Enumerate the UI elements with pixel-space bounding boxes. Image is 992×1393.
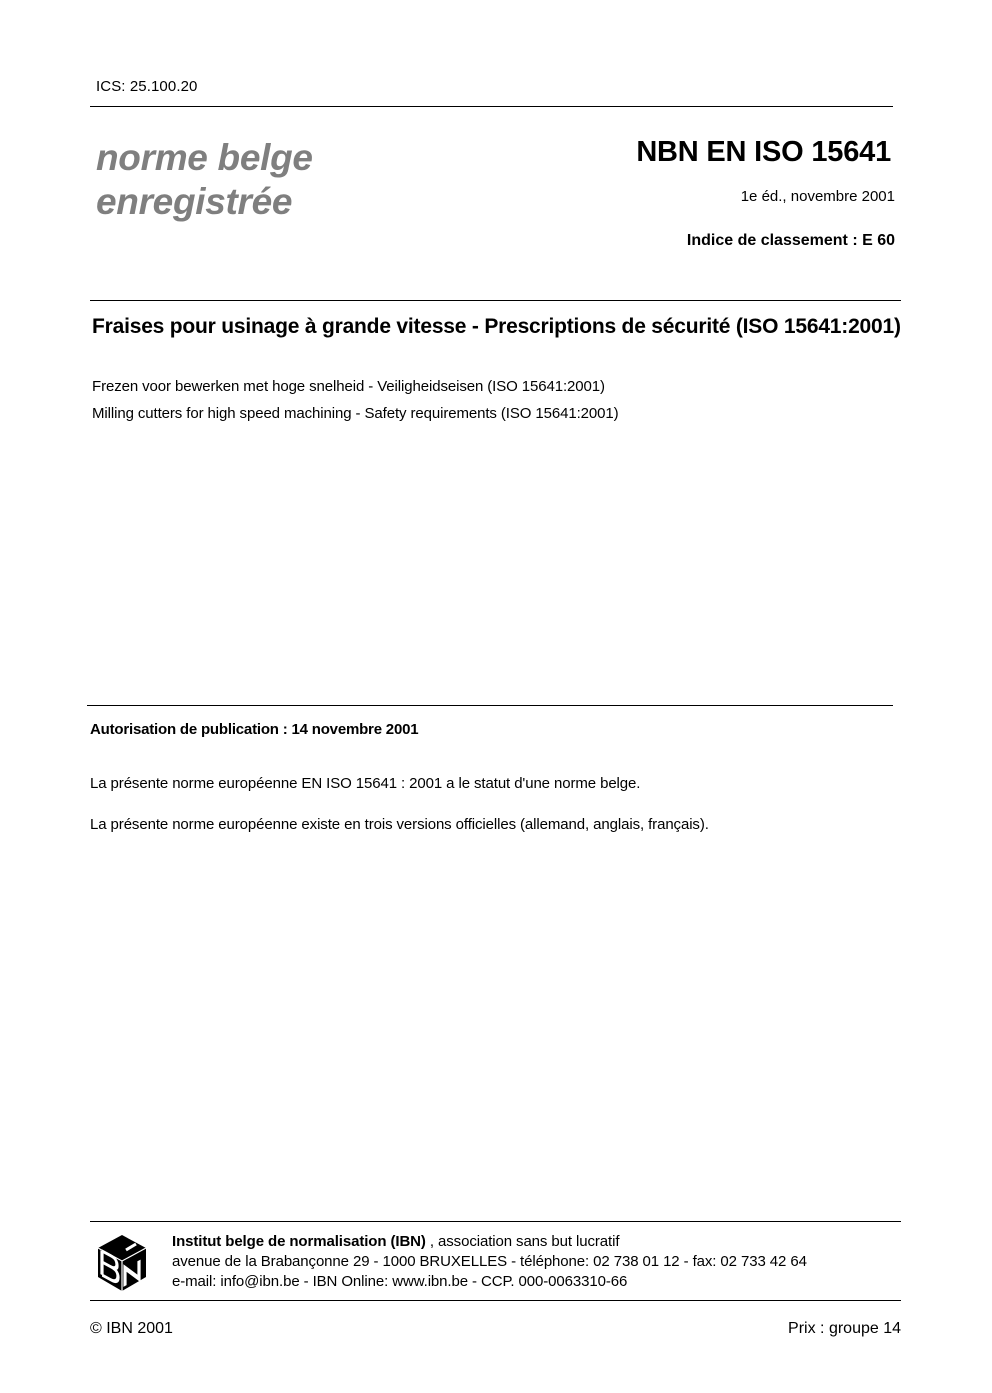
- divider-footer-top: [90, 1221, 901, 1222]
- brand-line-2: enregistrée: [96, 180, 313, 224]
- price-group: Prix : groupe 14: [788, 1320, 901, 1338]
- status-paragraph: La présente norme européenne EN ISO 1564…: [90, 775, 640, 792]
- divider-top: [90, 106, 893, 107]
- organization-address: avenue de la Brabançonne 29 - 1000 BRUXE…: [172, 1252, 807, 1272]
- edition-date: 1e éd., novembre 2001: [741, 188, 895, 205]
- organization-type: , association sans but lucratif: [426, 1233, 620, 1250]
- organization-name: Institut belge de normalisation (IBN): [172, 1233, 426, 1250]
- versions-paragraph: La présente norme européenne existe en t…: [90, 816, 709, 833]
- copyright: © IBN 2001: [90, 1320, 173, 1338]
- publication-authorization: Autorisation de publication : 14 novembr…: [90, 721, 418, 738]
- organization-contact: e-mail: info@ibn.be - IBN Online: www.ib…: [172, 1272, 807, 1292]
- divider-body: [87, 705, 893, 706]
- divider-title: [90, 300, 901, 301]
- classification-index: Indice de classement : E 60: [687, 232, 895, 250]
- brand-label: norme belge enregistrée: [96, 136, 313, 224]
- organization-info: Institut belge de normalisation (IBN) , …: [172, 1232, 807, 1292]
- brand-line-1: norme belge: [96, 136, 313, 180]
- organization-line: Institut belge de normalisation (IBN) , …: [172, 1232, 807, 1252]
- divider-footer-bottom: [90, 1300, 901, 1301]
- title-dutch: Frezen voor bewerken met hoge snelheid -…: [92, 378, 605, 395]
- title-french: Fraises pour usinage à grande vitesse - …: [92, 312, 902, 341]
- ibn-cube-logo-icon: [96, 1234, 148, 1292]
- title-english: Milling cutters for high speed machining…: [92, 405, 619, 422]
- standard-number: NBN EN ISO 15641: [636, 136, 891, 169]
- ics-code: ICS: 25.100.20: [96, 78, 197, 95]
